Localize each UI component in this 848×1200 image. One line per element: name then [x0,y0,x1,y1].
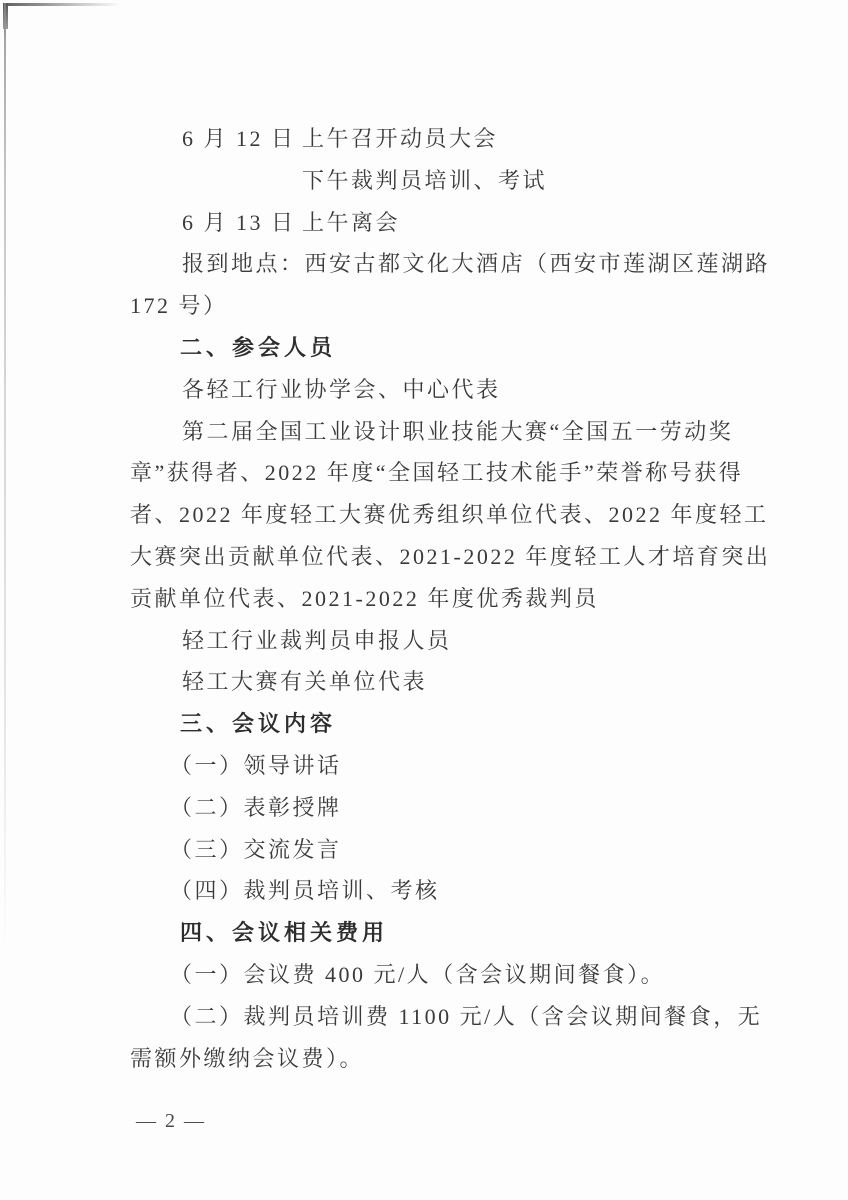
participants-paragraph-line-4: 大赛突出贡献单位代表、2021-2022 年度轻工人才培育突出 [130,536,730,578]
heading-section-4: 四、会议相关费用 [130,912,730,954]
registration-location-line-1: 报到地点：西安古都文化大酒店（西安市莲湖区莲湖路 [130,243,730,285]
agenda-item-3: （三）交流发言 [130,829,730,871]
agenda-item-2: （二）表彰授牌 [130,787,730,829]
participants-line-3: 轻工大赛有关单位代表 [130,661,730,703]
heading-section-3: 三、会议内容 [130,703,730,745]
agenda-item-1: （一）领导讲话 [130,745,730,787]
page-number: — 2 — [136,1106,206,1136]
participants-paragraph-line-3: 者、2022 年度轻工大赛优秀组织单位代表、2022 年度轻工 [130,494,730,536]
fee-item-1: （一）会议费 400 元/人（含会议期间餐食）。 [130,954,730,996]
participants-paragraph-line-1: 第二届全国工业设计职业技能大赛“全国五一劳动奖 [130,411,730,453]
scan-edge-top-line [3,3,121,6]
schedule-row-2: 下午裁判员培训、考试 [130,160,730,202]
schedule-date-3: 6 月 13 日 [182,202,302,244]
schedule-date-1: 6 月 12 日 [182,118,302,160]
participants-line-2: 轻工行业裁判员申报人员 [130,620,730,662]
document-body: 6 月 12 日上午召开动员大会 下午裁判员培训、考试 6 月 13 日上午离会… [130,118,730,1079]
schedule-row-3: 6 月 13 日上午离会 [130,202,730,244]
participants-line-1: 各轻工行业协学会、中心代表 [130,369,730,411]
agenda-item-4: （四）裁判员培训、考核 [130,870,730,912]
participants-paragraph-line-2: 章”获得者、2022 年度“全国轻工技术能手”荣誉称号获得 [130,452,730,494]
scan-edge-left-line [4,3,6,953]
fee-item-2-line-1: （二）裁判员培训费 1100 元/人（含会议期间餐食，无 [130,996,730,1038]
registration-location-line-2: 172 号） [130,285,730,327]
heading-section-2: 二、参会人员 [130,327,730,369]
fee-item-2-line-2: 需额外缴纳会议费）。 [130,1038,730,1080]
schedule-row-1: 6 月 12 日上午召开动员大会 [130,118,730,160]
document-page: 6 月 12 日上午召开动员大会 下午裁判员培训、考试 6 月 13 日上午离会… [0,0,848,1200]
schedule-activity-3: 上午离会 [302,210,400,235]
participants-paragraph-line-5: 贡献单位代表、2021-2022 年度优秀裁判员 [130,578,730,620]
schedule-activity-1: 上午召开动员大会 [302,126,498,151]
schedule-activity-2: 下午裁判员培训、考试 [302,168,547,193]
